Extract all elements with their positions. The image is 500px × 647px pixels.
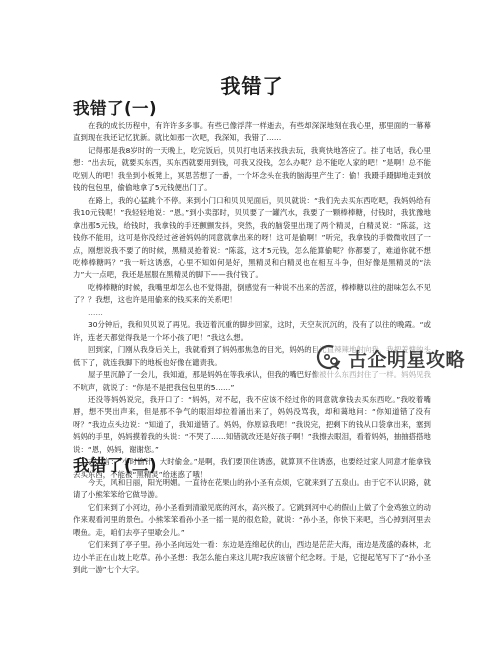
section-heading: 我错了(一) (73, 98, 431, 120)
watermark-text: 古企明星攻略 (348, 345, 465, 372)
document-title: 我错了 (73, 74, 431, 98)
paragraph: 在路上，我的心猛跳个不停。来到小门口和贝贝见面后，贝贝就说：“我们先去买东西吃吧… (73, 195, 431, 282)
cd-user-icon (316, 344, 344, 372)
paragraph: 今天，风和日丽，阳光明媚。一直待在花果山的孙小圣有点烦，它就来到了五泉山。由于它… (73, 477, 431, 502)
paragraph: 它们来到了亭子里。孙小圣向远处一看：东边是连绵起伏的山，西边是茫茫大海，南边是茂… (73, 539, 431, 576)
paragraph: 在我的成长历程中，有许许多多事。有些已像浮萍一样逝去，有些却深深地刻在我心里，那… (73, 120, 431, 145)
paragraph: 记得那是我8岁时的一天晚上，吃完饭后，贝贝打电话来找我去玩，我爽快地答应了。挂了… (73, 145, 431, 195)
section-one: 我错了(一) 在我的成长历程中，有许许多多事。有些已像浮萍一样逝去，有些却深深地… (73, 98, 431, 481)
paragraph: 还没等妈妈说完，我开口了：“妈妈，对不起，我不应该不经过你的同意就拿钱去买东西吃… (73, 394, 431, 456)
paragraph-ellipsis: …… (73, 307, 431, 319)
paragraph: 吃棒棒糖的时候，我嘴里却怎么也不觉得甜，倒感觉有一种说不出来的苦涩，棒棒糖以往的… (73, 282, 431, 307)
section-two: 我错了(二) 今天，风和日丽，阳光明媚。一直待在花果山的孙小圣有点烦，它就来到了… (73, 455, 431, 577)
paragraph: 它们来到了小河边，孙小圣看到清澈见底的河水，高兴极了。它跳到河中心的假山上做了个… (73, 502, 431, 539)
section-heading: 我错了(二) (73, 455, 431, 477)
watermark: 古企明星攻略 (316, 337, 500, 379)
